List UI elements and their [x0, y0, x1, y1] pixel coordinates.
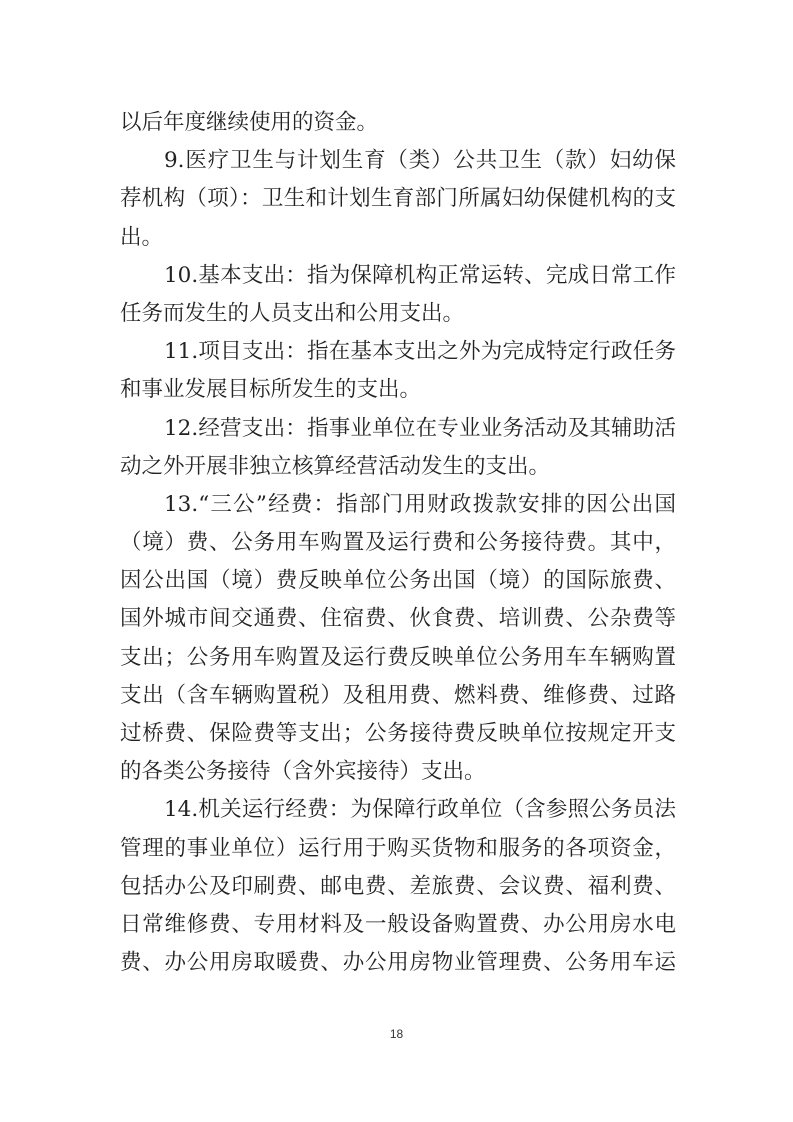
paragraph-first-line: 11.项目支出：指在基本支出之外为完成特定行政任务 — [120, 333, 676, 371]
text-line: 出。 — [120, 219, 676, 257]
document-page: 以后年度继续使用的资金。9.医疗卫生与计划生育（类）公共卫生（款）妇幼保荐机构（… — [0, 0, 793, 1122]
text-line: 因公出国（境）费反映单位公务出国（境）的国际旅费、 — [120, 562, 676, 600]
paragraph-first-line: 13.“三公”经费：指部门用财政拨款安排的因公出国 — [120, 486, 676, 524]
paragraph-first-line: 12.经营支出：指事业单位在专业业务活动及其辅助活 — [120, 410, 676, 448]
text-line: （境）费、公务用车购置及运行费和公务接待费。其中， — [120, 524, 676, 562]
text-line: 以后年度继续使用的资金。 — [120, 104, 676, 142]
paragraph-first-line: 9.医疗卫生与计划生育（类）公共卫生（款）妇幼保 — [120, 142, 676, 180]
text-line: 动之外开展非独立核算经营活动发生的支出。 — [120, 448, 676, 486]
text-line: 国外城市间交通费、住宿费、伙食费、培训费、公杂费等 — [120, 600, 676, 638]
text-line: 荐机构（项）：卫生和计划生育部门所属妇幼保健机构的支 — [120, 180, 676, 218]
paragraph-first-line: 10.基本支出：指为保障机构正常运转、完成日常工作 — [120, 257, 676, 295]
text-line: 费、办公用房取暖费、办公用房物业管理费、公务用车运 — [120, 944, 676, 982]
text-line: 过桥费、保险费等支出；公务接待费反映单位按规定开支 — [120, 715, 676, 753]
text-line: 支出；公务用车购置及运行费反映单位公务用车车辆购置 — [120, 639, 676, 677]
text-line: 包括办公及印刷费、邮电费、差旅费、会议费、福利费、 — [120, 868, 676, 906]
text-line: 管理的事业单位）运行用于购买货物和服务的各项资金， — [120, 830, 676, 868]
text-line: 和事业发展目标所发生的支出。 — [120, 371, 676, 409]
text-line: 日常维修费、专用材料及一般设备购置费、办公用房水电 — [120, 906, 676, 944]
text-line: 任务而发生的人员支出和公用支出。 — [120, 295, 676, 333]
body-text: 以后年度继续使用的资金。9.医疗卫生与计划生育（类）公共卫生（款）妇幼保荐机构（… — [120, 104, 676, 982]
page-number: 18 — [0, 1027, 793, 1041]
text-line: 的各类公务接待（含外宾接待）支出。 — [120, 753, 676, 791]
paragraph-first-line: 14.机关运行经费：为保障行政单位（含参照公务员法 — [120, 791, 676, 829]
text-line: 支出（含车辆购置税）及租用费、燃料费、维修费、过路 — [120, 677, 676, 715]
